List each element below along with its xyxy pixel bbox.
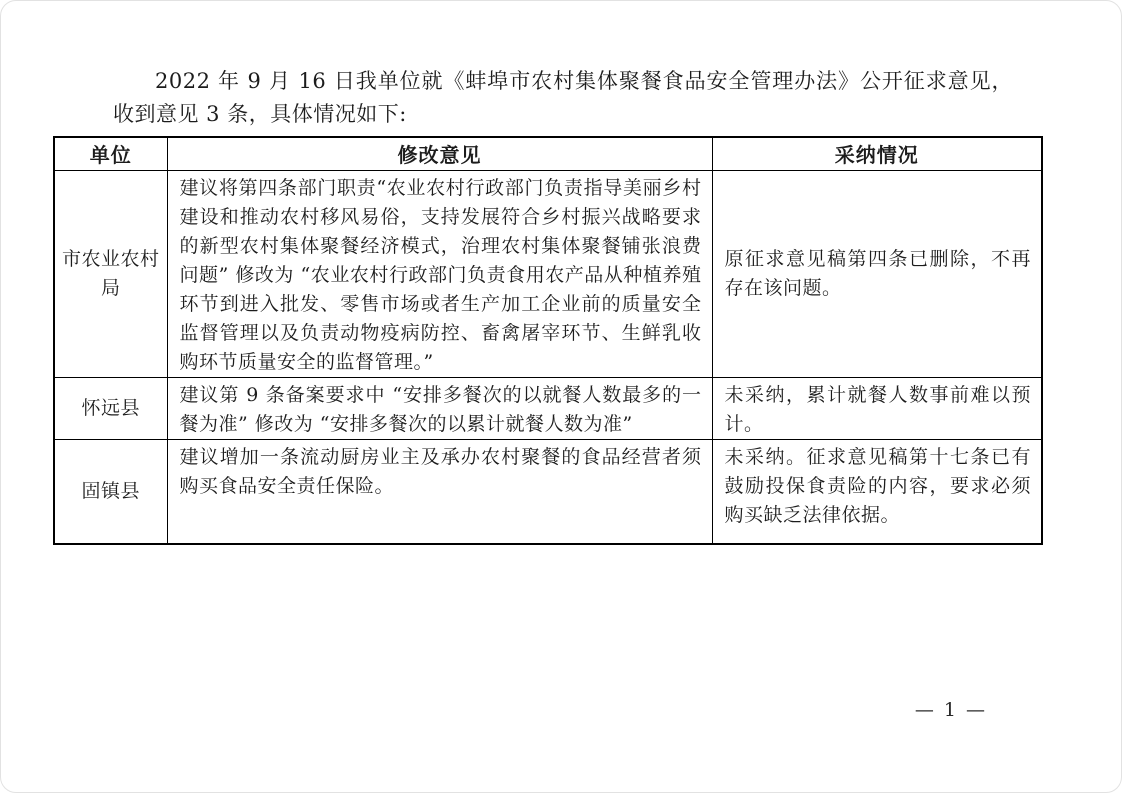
header-adoption: 采纳情况 bbox=[712, 137, 1042, 170]
adoption-cell: 未采纳，累计就餐人数事前难以预计。 bbox=[712, 377, 1042, 439]
unit-cell: 怀远县 bbox=[54, 377, 167, 439]
adoption-cell: 原征求意见稿第四条已删除，不再存在该问题。 bbox=[712, 170, 1042, 377]
suggestion-cell: 建议第 9 条备案要求中 “安排多餐次的以就餐人数最多的一餐为准” 修改为 “安… bbox=[167, 377, 712, 439]
header-unit: 单位 bbox=[54, 137, 167, 170]
unit-cell: 固镇县 bbox=[54, 439, 167, 544]
suggestion-cell: 建议将第四条部门职责“农业农村行政部门负责指导美丽乡村建设和推动农村移风易俗，支… bbox=[167, 170, 712, 377]
feedback-table: 单位 修改意见 采纳情况 市农业农村局 建议将第四条部门职责“农业农村行政部门负… bbox=[53, 136, 1043, 545]
adoption-cell: 未采纳。征求意见稿第十七条已有鼓励投保食责险的内容，要求必须购买缺乏法律依据。 bbox=[712, 439, 1042, 544]
table-row: 固镇县 建议增加一条流动厨房业主及承办农村聚餐的食品经营者须购买食品安全责任保险… bbox=[54, 439, 1042, 544]
unit-cell: 市农业农村局 bbox=[54, 170, 167, 377]
document-page: 2022 年 9 月 16 日我单位就《蚌埠市农村集体聚餐食品安全管理办法》公开… bbox=[0, 0, 1122, 793]
intro-paragraph: 2022 年 9 月 16 日我单位就《蚌埠市农村集体聚餐食品安全管理办法》公开… bbox=[113, 65, 1013, 131]
table-row: 市农业农村局 建议将第四条部门职责“农业农村行政部门负责指导美丽乡村建设和推动农… bbox=[54, 170, 1042, 377]
page-number: — 1 — bbox=[915, 699, 987, 721]
suggestion-cell: 建议增加一条流动厨房业主及承办农村聚餐的食品经营者须购买食品安全责任保险。 bbox=[167, 439, 712, 544]
table-header-row: 单位 修改意见 采纳情况 bbox=[54, 137, 1042, 170]
header-suggestion: 修改意见 bbox=[167, 137, 712, 170]
table-row: 怀远县 建议第 9 条备案要求中 “安排多餐次的以就餐人数最多的一餐为准” 修改… bbox=[54, 377, 1042, 439]
